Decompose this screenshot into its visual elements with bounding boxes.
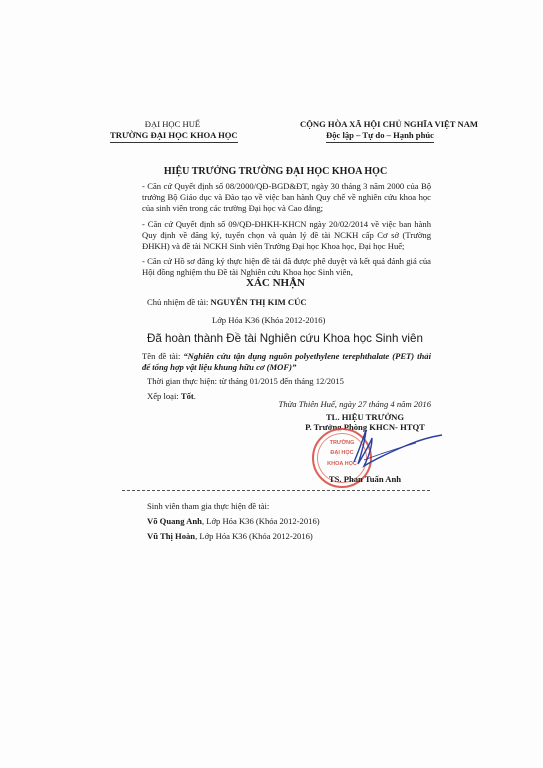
project-leader: Chủ nhiệm đề tài: NGUYỄN THỊ KIM CÚC	[147, 297, 307, 308]
national-motto: Độc lập – Tự do – Hạnh phúc	[326, 130, 434, 143]
legal-basis-3: - Căn cứ Hồ sơ đăng ký thực hiện đề tài …	[120, 256, 431, 278]
school-name: TRƯỜNG ĐẠI HỌC KHOA HỌC	[110, 130, 238, 143]
document-page: ĐẠI HỌC HUẾ TRƯỜNG ĐẠI HỌC KHOA HỌC CỘNG…	[0, 0, 543, 768]
country-name: CỘNG HÒA XÃ HỘI CHỦ NGHĨA VIỆT NAM	[300, 119, 460, 130]
participant-1: Võ Quang Anh, Lớp Hóa K36 (Khóa 2012-201…	[147, 516, 320, 527]
authority-title: HIỆU TRƯỞNG TRƯỜNG ĐẠI HỌC KHOA HỌC	[120, 166, 431, 177]
project-duration: Thời gian thực hiện: từ tháng 01/2015 đế…	[147, 376, 344, 387]
rating-value: Tốt	[181, 391, 194, 401]
leader-name: NGUYỄN THỊ KIM CÚC	[211, 297, 307, 307]
legal-basis-1: - Căn cứ Quyết định số 08/2000/QĐ-BGD&ĐT…	[120, 181, 431, 214]
leader-class: Lớp Hóa K36 (Khóa 2012-2016)	[212, 315, 325, 326]
leader-label: Chủ nhiệm đề tài:	[147, 297, 211, 307]
issuer-block: ĐẠI HỌC HUẾ TRƯỜNG ĐẠI HỌC KHOA HỌC	[110, 119, 235, 143]
project-title-label: Tên đề tài:	[142, 351, 183, 361]
place-date: Thừa Thiên Huế, ngày 27 tháng 4 năm 2016	[256, 399, 431, 410]
legal-basis-2: - Căn cứ Quyết định số 09/QĐ-ĐHKH-KHCN n…	[120, 219, 431, 252]
project-title-value: “Nghiên cứu tận dụng nguồn polyethylene …	[142, 351, 431, 372]
signer-name: TS. Phan Tuấn Anh	[300, 474, 430, 485]
participants-label: Sinh viên tham gia thực hiện đề tài:	[147, 501, 269, 512]
project-title: Tên đề tài: “Nghiên cứu tận dụng nguồn p…	[120, 351, 431, 373]
project-rating: Xếp loại: Tốt.	[147, 391, 196, 402]
rating-label: Xếp loại:	[147, 391, 181, 401]
participant-2: Vũ Thị Hoàn, Lớp Hóa K36 (Khóa 2012-2016…	[147, 531, 313, 542]
section-divider	[122, 490, 430, 491]
completion-statement: Đã hoàn thành Đề tài Nghiên cứu Khoa học…	[147, 332, 423, 345]
confirm-title: XÁC NHẬN	[120, 277, 431, 289]
parent-university: ĐẠI HỌC HUẾ	[110, 119, 235, 130]
national-header: CỘNG HÒA XÃ HỘI CHỦ NGHĨA VIỆT NAM Độc l…	[300, 119, 460, 143]
handwritten-signature-icon	[350, 418, 445, 473]
